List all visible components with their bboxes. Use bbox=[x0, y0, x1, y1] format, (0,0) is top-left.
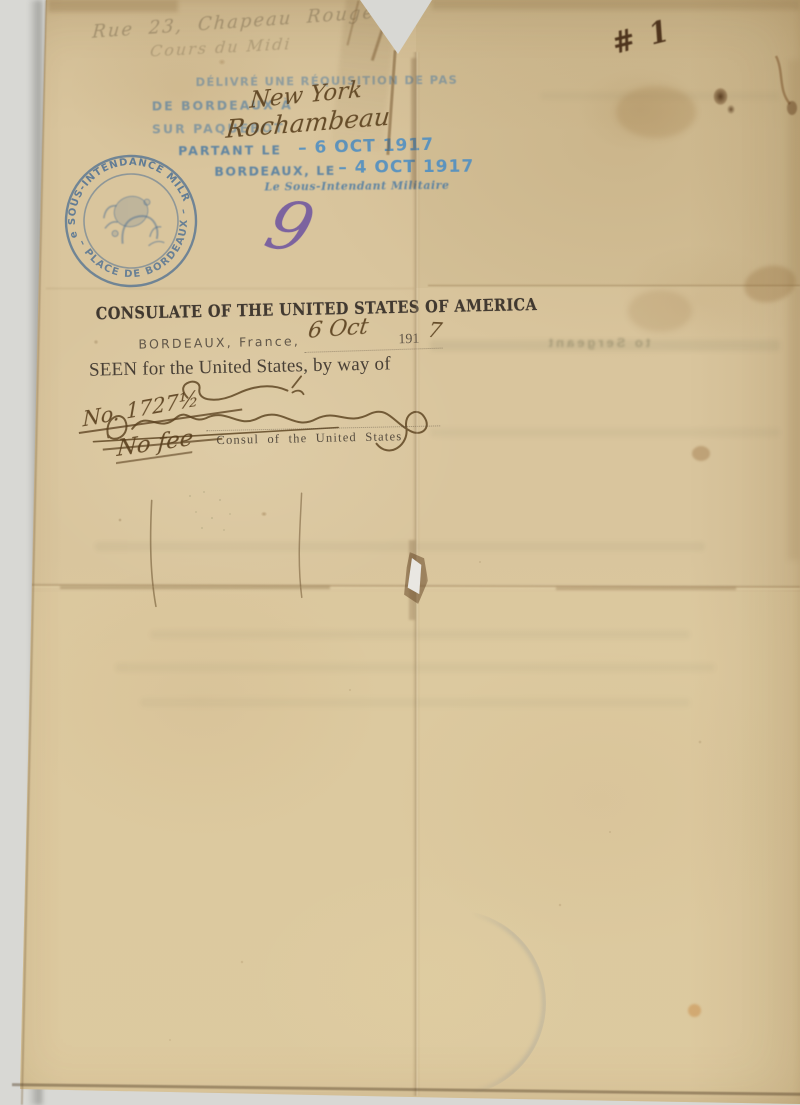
consulate-stamp: CONSULATE OF THE UNITED STATES OF AMERIC… bbox=[86, 294, 449, 541]
horizontal-fold-dark-right bbox=[556, 587, 736, 590]
issue-date-stamp: – 4 OCT 1917 bbox=[338, 157, 474, 178]
edge-crease-mark bbox=[762, 52, 800, 122]
ghost-stamp-circle bbox=[360, 910, 546, 1096]
pencil-note-line2: Cours du Midi bbox=[149, 34, 292, 61]
requisition-stamp: DÉLIVRÉ UNE RÉQUISITION DE PAS DE BORDEA… bbox=[147, 67, 484, 202]
document-page: to Sergeant Rue 23, Chapeau Rouge Cours … bbox=[0, 0, 800, 1105]
handwritten-date: 6 Oct bbox=[306, 314, 370, 344]
date-rule bbox=[305, 348, 443, 353]
ghost-band bbox=[150, 630, 690, 639]
top-edge-stain bbox=[48, 0, 178, 12]
stain bbox=[616, 86, 696, 138]
stain bbox=[688, 1004, 701, 1017]
stain bbox=[692, 446, 710, 461]
ink-stain bbox=[710, 86, 740, 116]
right-edge-shading bbox=[788, 60, 800, 560]
requisition-line5: BORDEAUX, LE bbox=[214, 163, 336, 179]
svg-text:3e SOUS-INTENDANCE MILRE: 3e SOUS-INTENDANCE MILRE bbox=[35, 126, 192, 244]
round-stamp-emblem bbox=[98, 190, 166, 259]
horizontal-fold-upper-left bbox=[46, 287, 414, 290]
scanned-document: to Sergeant Rue 23, Chapeau Rouge Cours … bbox=[0, 0, 800, 1105]
vertical-fold-dark-top bbox=[411, 58, 416, 188]
speck-cluster bbox=[182, 486, 244, 536]
round-stamp-arc-top: 3e SOUS-INTENDANCE MILRE bbox=[35, 126, 192, 244]
ghost-band bbox=[95, 542, 705, 551]
top-edge-stain bbox=[432, 0, 800, 10]
ghost-mirrored-text: to Sergeant bbox=[448, 335, 748, 350]
handwritten-year-digit: 7 bbox=[426, 318, 444, 342]
stain bbox=[628, 290, 692, 332]
consulate-place: BORDEAUX, France, bbox=[138, 333, 300, 351]
requisition-line4: PARTANT LE bbox=[178, 142, 282, 158]
horizontal-fold-dark-left bbox=[60, 586, 330, 589]
ghost-band bbox=[430, 428, 780, 437]
